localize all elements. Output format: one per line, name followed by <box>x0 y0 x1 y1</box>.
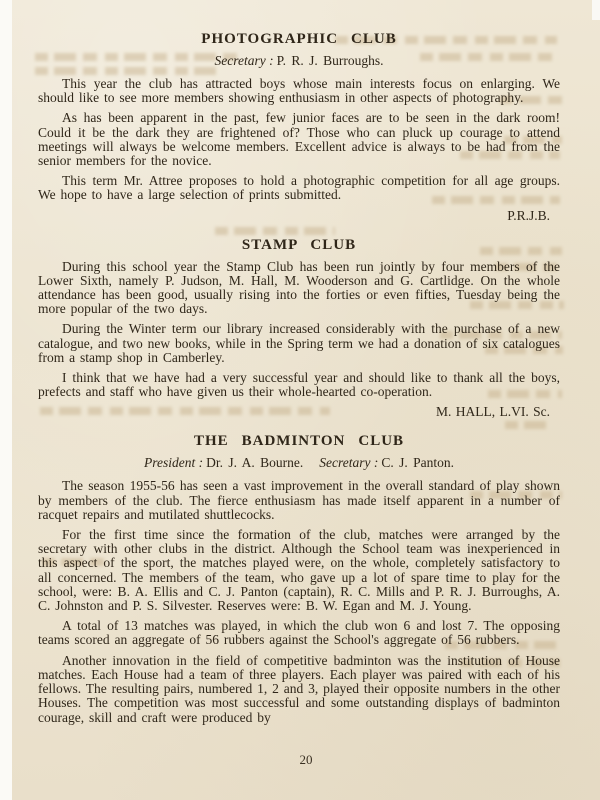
section-title: THE BADMINTON CLUB <box>38 432 560 450</box>
paragraph: I think that we have had a very successf… <box>38 371 560 399</box>
section-title: STAMP CLUB <box>38 236 560 254</box>
paragraph: During the Winter term our library incre… <box>38 322 560 365</box>
paragraph: The season 1955-56 has seen a vast impro… <box>38 479 560 522</box>
signature: M. HALL, L.VI. Sc. <box>38 403 560 420</box>
officer: President :Dr. J. A. Bourne. <box>144 455 303 470</box>
officer-role: Secretary : <box>214 53 273 68</box>
officer-name: P. R. J. Burroughs. <box>277 53 384 68</box>
section-badminton-club: THE BADMINTON CLUB President :Dr. J. A. … <box>38 432 560 724</box>
section-stamp-club: STAMP CLUB During this school year the S… <box>38 236 560 421</box>
officer-role: Secretary : <box>319 455 378 470</box>
page-content: PHOTOGRAPHIC CLUB Secretary :P. R. J. Bu… <box>12 0 600 725</box>
section-title: PHOTOGRAPHIC CLUB <box>38 30 560 48</box>
scanned-page: PHOTOGRAPHIC CLUB Secretary :P. R. J. Bu… <box>12 0 600 800</box>
paragraph: This year the club has attracted boys wh… <box>38 77 560 105</box>
paragraph: Another innovation in the field of compe… <box>38 654 560 725</box>
officer-name: C. J. Panton. <box>381 455 454 470</box>
paragraph: During this school year the Stamp Club h… <box>38 260 560 317</box>
paragraph: A total of 13 matches was played, in whi… <box>38 619 560 647</box>
officers-line: President :Dr. J. A. Bourne.Secretary :C… <box>38 453 560 473</box>
officer-role: President : <box>144 455 203 470</box>
page-number: 20 <box>12 752 600 768</box>
officer: Secretary :C. J. Panton. <box>319 455 454 470</box>
section-photographic-club: PHOTOGRAPHIC CLUB Secretary :P. R. J. Bu… <box>38 30 560 224</box>
signature: P.R.J.B. <box>38 207 560 224</box>
paragraph: As has been apparent in the past, few ju… <box>38 111 560 168</box>
paragraph: For the first time since the formation o… <box>38 528 560 613</box>
officer: Secretary :P. R. J. Burroughs. <box>214 53 383 68</box>
officers-line: Secretary :P. R. J. Burroughs. <box>38 51 560 71</box>
officer-name: Dr. J. A. Bourne. <box>206 455 303 470</box>
paragraph: This term Mr. Attree proposes to hold a … <box>38 174 560 202</box>
